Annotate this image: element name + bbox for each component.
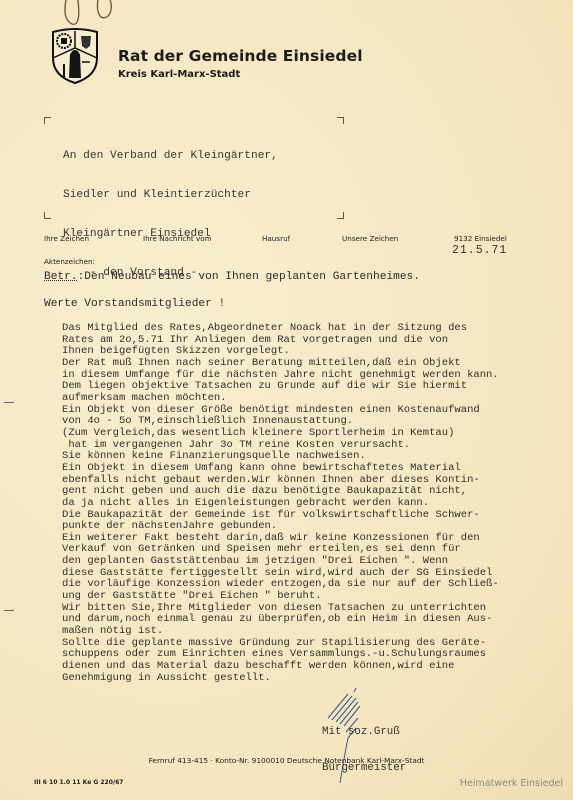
body-line: Das Mitglied des Rates,Abgeordneter Noac… <box>62 323 499 335</box>
address-corner-mark <box>337 212 344 219</box>
subject-label: Betr. <box>44 271 78 283</box>
address-corner-mark <box>337 117 344 124</box>
recipient-address: An den Verband der Kleingärtner, Siedler… <box>63 124 278 293</box>
fold-mark <box>4 610 14 611</box>
paperclip-icon <box>58 0 118 30</box>
recipient-line: Siedler und Kleintierzüchter <box>63 189 278 202</box>
place-label: 9132 Einsiedel <box>454 234 507 243</box>
body-line: Ein Objekt in diesem Umfang kann ohne be… <box>62 463 499 475</box>
recipient-line: An den Verband der Kleingärtner, <box>63 150 278 163</box>
body-line: aufmerksam machen möchten. <box>62 393 499 405</box>
letter-body: Das Mitglied des Rates,Abgeordneter Noac… <box>62 323 499 684</box>
district-name: Kreis Karl-Marx-Stadt <box>118 69 240 80</box>
coat-of-arms-icon <box>50 28 100 84</box>
closing-greeting: Mit soz.Gruß <box>322 726 406 738</box>
label-unsere-zeichen: Unsere Zeichen <box>342 234 398 243</box>
fold-mark <box>4 402 14 403</box>
label-ihre-nachricht: Ihre Nachricht vom <box>143 234 212 243</box>
body-line: dienen und das Material dazu beschafft w… <box>62 661 499 673</box>
label-aktenzeichen: Aktenzeichen: <box>44 257 95 266</box>
watermark: Heimatwerk Einsiedel <box>460 778 563 789</box>
letter-date: 21.5.71 <box>452 244 507 257</box>
subject-line: Betr.:Den Neubau eines von Ihnen geplant… <box>44 271 420 283</box>
body-line: Der Rat muß Ihnen nach seiner Beratung m… <box>62 358 499 370</box>
body-line: (Zum Vergleich,das wesentlich kleinere S… <box>62 428 499 440</box>
body-line: Genehmigung in Aussicht gestellt. <box>62 673 499 685</box>
footer-contact: Fernruf 413-415 · Konto-Nr. 9100010 Deut… <box>0 756 573 765</box>
body-line: ung der Gaststätte "Drei Eichen " beruht… <box>62 591 499 603</box>
label-ihre-zeichen: Ihre Zeichen <box>44 234 89 243</box>
closing-block: Mit soz.Gruß Bürgermeister <box>322 702 406 786</box>
body-line: maßen nötig ist. <box>62 626 499 638</box>
body-line: da ja nicht alles in Eigenleistungen geb… <box>62 498 499 510</box>
address-corner-mark <box>44 117 51 124</box>
print-code: III 6 10 1.0 11 Ke G 220/67 <box>34 779 123 786</box>
salutation: Werte Vorstandsmitglieder ! <box>44 298 225 310</box>
subject-text: :Den Neubau eines von Ihnen geplanten Ga… <box>78 271 420 283</box>
label-hausruf: Hausruf <box>262 234 290 243</box>
organization-name: Rat der Gemeinde Einsiedel <box>118 47 363 65</box>
address-corner-mark <box>44 212 51 219</box>
